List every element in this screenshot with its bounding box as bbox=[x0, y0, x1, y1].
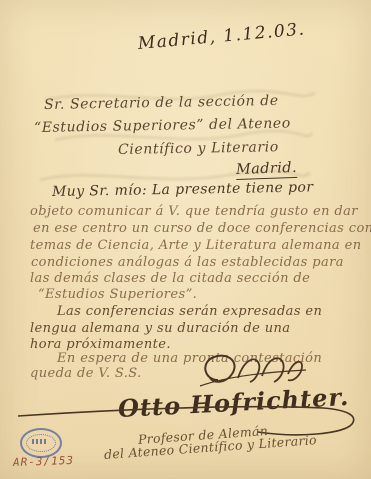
body-line: las demás clases de la citada sección de bbox=[30, 271, 310, 286]
body-line: “Estudios Superiores”. bbox=[38, 287, 197, 302]
letter-page: Madrid, 1.12.03. Sr. Secretario de la se… bbox=[0, 0, 371, 479]
body-line: Muy Sr. mío: La presente tiene por bbox=[52, 179, 314, 200]
body-line: objeto comunicar á V. que tendría gusto … bbox=[30, 204, 358, 219]
recipient-city-underlined: Madrid. bbox=[236, 160, 298, 180]
body-line: temas de Ciencia, Arte y Literatura alem… bbox=[30, 238, 361, 253]
date-line: Madrid, 1.12.03. bbox=[137, 19, 306, 54]
body-line: Las conferencias serán expresadas en bbox=[57, 304, 322, 319]
body-line: queda de V. S.S. bbox=[30, 366, 142, 381]
body-line: condiciones análogas á las establecidas … bbox=[31, 255, 344, 270]
archive-reference-number: AR-3/153 bbox=[13, 454, 74, 469]
body-line: hora próximamente. bbox=[30, 337, 171, 352]
recipient-line-3: Científico y Literario bbox=[118, 139, 279, 158]
body-line: en ese centro un curso de doce conferenc… bbox=[33, 221, 371, 236]
archive-stamp-center-marks bbox=[32, 439, 46, 444]
body-line: lengua alemana y su duración de una bbox=[30, 321, 290, 336]
